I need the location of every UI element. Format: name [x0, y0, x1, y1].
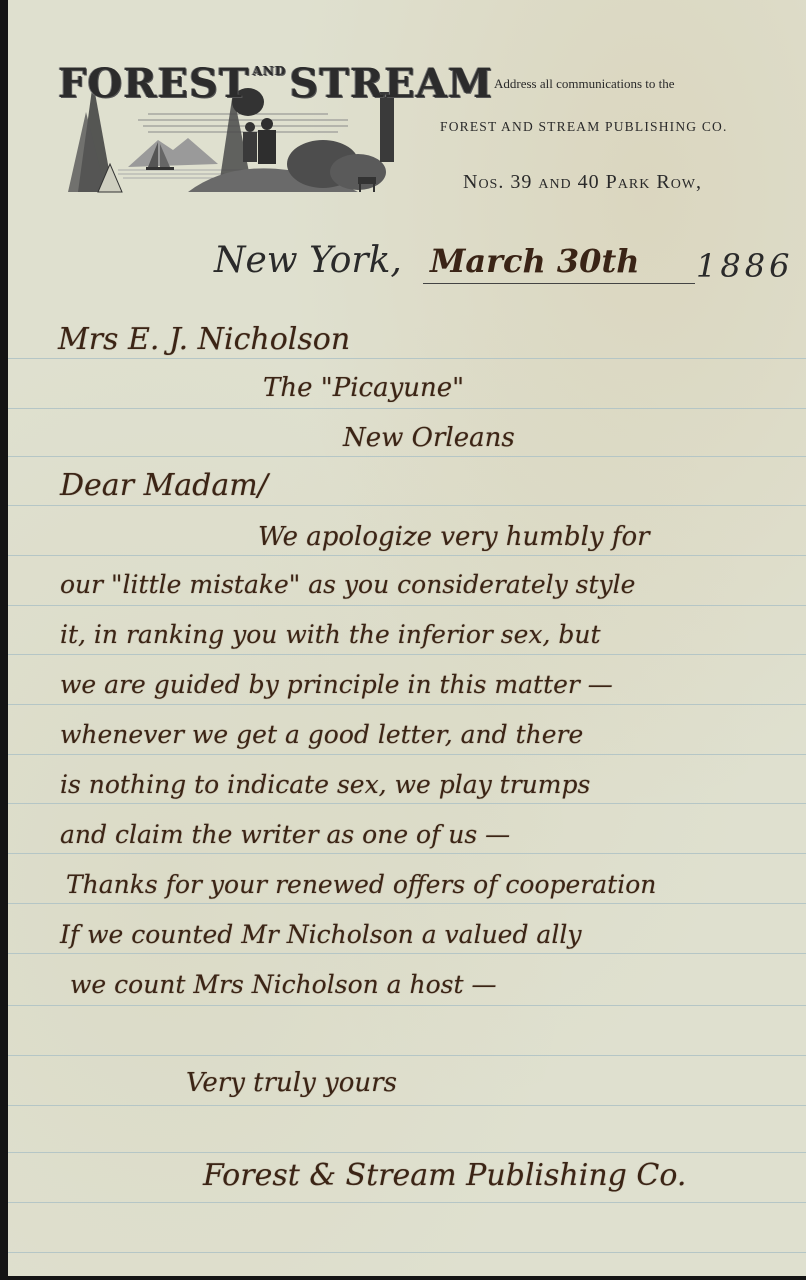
ruled-line	[8, 555, 806, 556]
ruled-line	[8, 853, 806, 854]
ruled-line	[8, 408, 806, 409]
ruled-line	[8, 704, 806, 705]
body-line: our "little mistake" as you consideratel…	[60, 570, 635, 599]
ruled-line	[8, 754, 806, 755]
salutation: Dear Madam/	[60, 468, 268, 503]
ruled-line	[8, 1005, 806, 1006]
ruled-line	[8, 1202, 806, 1203]
ruled-line	[8, 654, 806, 655]
body-line: it, in ranking you with the inferior sex…	[60, 620, 601, 649]
logo-title: FORESTANDSTREAM	[58, 60, 408, 107]
recipient-organization: The "Picayune"	[263, 373, 464, 403]
body-line: we count Mrs Nicholson a host —	[70, 970, 497, 999]
body-line: we are guided by principle in this matte…	[60, 670, 613, 699]
ruled-line	[8, 456, 806, 457]
ruled-line	[8, 1105, 806, 1106]
body-line: If we counted Mr Nicholson a valued ally	[60, 920, 581, 949]
ruled-line	[8, 605, 806, 606]
logo-word-stream: STREAM	[289, 60, 493, 107]
ruled-line	[8, 1055, 806, 1056]
forest-and-stream-logo: FORESTANDSTREAM	[58, 52, 408, 197]
recipient-city: New Orleans	[343, 423, 515, 453]
street-address: Nos. 39 and 40 Park Row,	[463, 171, 702, 194]
ruled-line	[8, 803, 806, 804]
letter-sheet: FORESTANDSTREAM Address all communicatio…	[8, 0, 806, 1276]
recipient-name: Mrs E. J. Nicholson	[58, 322, 350, 357]
logo-word-and: AND	[253, 64, 287, 78]
ruled-line	[8, 1252, 806, 1253]
body-line: whenever we get a good letter, and there	[60, 720, 583, 749]
ruled-line	[8, 358, 806, 359]
body-line: is nothing to indicate sex, we play trum…	[60, 770, 590, 799]
address-intro: Address all communications to the	[494, 76, 675, 92]
logo-word-forest: FOREST	[58, 60, 250, 107]
body-line: and claim the writer as one of us —	[60, 820, 510, 849]
company-name: FOREST AND STREAM PUBLISHING CO.	[440, 119, 728, 135]
signature: Forest & Stream Publishing Co.	[203, 1158, 686, 1193]
closing: Very truly yours	[186, 1068, 397, 1098]
ruled-line	[8, 1152, 806, 1153]
date-underline	[423, 283, 695, 284]
ruled-line	[8, 903, 806, 904]
body-line: Thanks for your renewed offers of cooper…	[66, 870, 656, 899]
dateline-year: 1886	[696, 247, 793, 285]
body-line: We apologize very humbly for	[258, 522, 650, 552]
ruled-line	[8, 953, 806, 954]
dateline-place: New York,	[214, 240, 402, 281]
ruled-line	[8, 505, 806, 506]
dateline-month-day: March 30th	[430, 242, 639, 280]
